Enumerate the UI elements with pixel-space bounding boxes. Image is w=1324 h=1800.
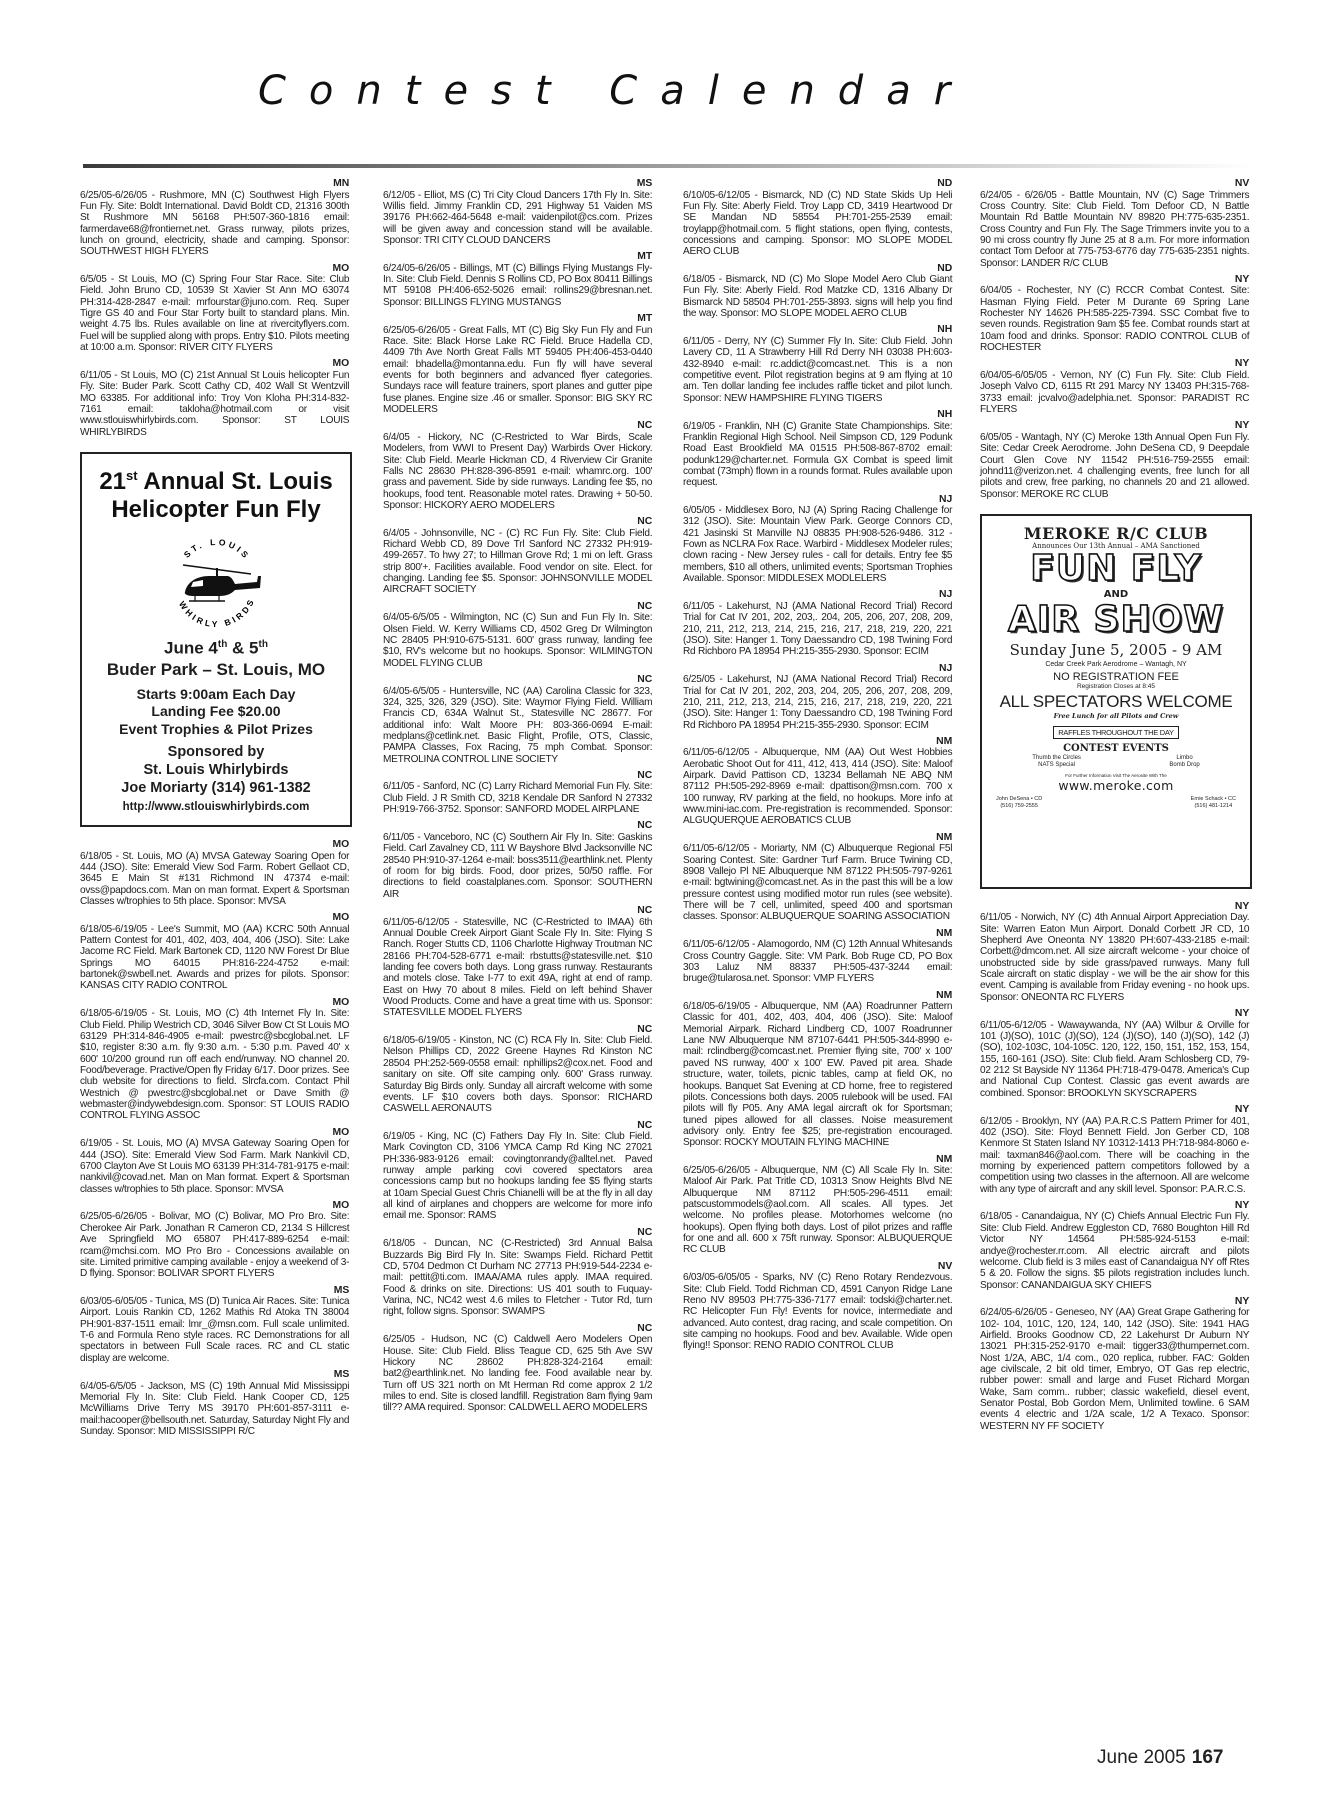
event-text: 6/18/05 - St. Louis, MO (A) MVSA Gateway… <box>80 851 349 908</box>
event-text: 6/18/05 - Bismarck, ND (C) Mo Slope Mode… <box>683 274 952 319</box>
title-rule <box>83 164 1253 168</box>
event-text: 6/25/05-6/26/05 - Bolivar, MO (C) Boliva… <box>80 1211 349 1279</box>
event-text: 6/11/05-6/12/05 - Moriarty, NM (C) Albuq… <box>683 843 952 922</box>
event-entry: NH6/19/05 - Franklin, NH (C) Granite Sta… <box>683 409 952 489</box>
event-text: 6/18/05-6/19/05 - Kinston, NC (C) RCA Fl… <box>383 1035 652 1114</box>
event-entry: NY6/04/05 - Rochester, NY (C) RCCR Comba… <box>980 274 1249 354</box>
ad-url-link[interactable]: http://www.stlouiswhirlybirds.com <box>88 801 344 813</box>
event-entry: MT6/25/05-6/26/05 - Great Falls, MT (C) … <box>383 313 652 415</box>
event-entry: NV6/03/05-6/05/05 - Sparks, NV (C) Reno … <box>683 1261 952 1352</box>
event-entry: NY6/05/05 - Wantagh, NY (C) Meroke 13th … <box>980 420 1249 500</box>
event-text: 6/4/05-6/5/05 - Jackson, MS (C) 19th Ann… <box>80 1381 349 1438</box>
stlouis-helicopter-ad: 21st Annual St. Louis Helicopter Fun Fly… <box>80 452 352 827</box>
event-text: 6/03/05-6/05/05 - Sparks, NV (C) Reno Ro… <box>683 1272 952 1351</box>
state-code: NC <box>383 820 652 832</box>
event-entry: NC6/18/05-6/19/05 - Kinston, NC (C) RCA … <box>383 1024 652 1115</box>
state-code: NJ <box>683 663 952 675</box>
event-entry: NH6/11/05 - Derry, NY (C) Summer Fly In.… <box>683 324 952 404</box>
state-code: NY <box>980 1104 1249 1116</box>
column-4-entries: NV6/24/05 - 6/26/05 - Battle Mountain, N… <box>980 178 1252 500</box>
state-code: NM <box>683 990 952 1002</box>
event-entry: MO6/5/05 - St Louis, MO (C) Spring Four … <box>80 263 349 354</box>
event-text: 6/05/05 - Middlesex Boro, NJ (A) Spring … <box>683 505 952 584</box>
page-title: Contest Calendar <box>258 68 1098 114</box>
event-text: 6/11/05 - Sanford, NC (C) Larry Richard … <box>383 781 652 815</box>
event-entry: NV6/24/05 - 6/26/05 - Battle Mountain, N… <box>980 178 1249 269</box>
state-code: MT <box>383 251 652 263</box>
state-code: NC <box>383 1120 652 1132</box>
event-text: 6/25/05 - Lakehurst, NJ (AMA National Re… <box>683 674 952 731</box>
state-code: MN <box>80 178 349 190</box>
state-code: NY <box>980 358 1249 370</box>
svg-text:ST. LOUIS: ST. LOUIS <box>182 537 252 562</box>
event-entry: NM6/18/05-6/19/05 - Albuquerque, NM (AA)… <box>683 990 952 1149</box>
event-entry: NC6/25/05 - Hudson, NC (C) Caldwell Aero… <box>383 1323 652 1414</box>
state-code: NY <box>980 901 1249 913</box>
event-entry: MO6/25/05-6/26/05 - Bolivar, MO (C) Boli… <box>80 1200 349 1280</box>
ad-date: June 4th & 5th <box>88 634 344 659</box>
ad-airshow-title: AIR SHOW <box>988 601 1244 639</box>
state-code: ND <box>683 263 952 275</box>
event-text: 6/4/05 - Hickory, NC (C-Restricted to Wa… <box>383 432 652 511</box>
state-code: NY <box>980 274 1249 286</box>
ad-website-link[interactable]: www.meroke.com <box>988 778 1244 793</box>
event-text: 6/11/05 - Derry, NY (C) Summer Fly In. S… <box>683 336 952 404</box>
event-text: 6/11/05 - Lakehurst, NJ (AMA National Re… <box>683 601 952 658</box>
state-code: NC <box>383 770 652 782</box>
event-entry: NC6/11/05 - Sanford, NC (C) Larry Richar… <box>383 770 652 816</box>
event-text: 6/19/05 - King, NC (C) Fathers Day Fly I… <box>383 1131 652 1222</box>
event-entry: NC6/4/05-6/5/05 - Huntersville, NC (AA) … <box>383 674 652 765</box>
state-code: NC <box>383 905 652 917</box>
event-text: 6/11/05 - Norwich, NY (C) 4th Annual Air… <box>980 912 1249 1003</box>
event-entry: MS6/03/05-6/05/05 - Tunica, MS (D) Tunic… <box>80 1285 349 1365</box>
event-entry: MS6/12/05 - Elliot, MS (C) Tri City Clou… <box>383 178 652 246</box>
state-code: MO <box>80 263 349 275</box>
ad-details: Starts 9:00am Each Day Landing Fee $20.0… <box>88 686 344 739</box>
state-code: NH <box>683 409 952 421</box>
state-code: MS <box>80 1369 349 1381</box>
column-3-entries: ND6/10/05-6/12/05 - Bismarck, ND (C) ND … <box>683 178 955 1352</box>
event-text: 6/5/05 - St Louis, MO (C) Spring Four St… <box>80 274 349 353</box>
event-entry: ND6/10/05-6/12/05 - Bismarck, ND (C) ND … <box>683 178 952 258</box>
state-code: MT <box>383 313 652 325</box>
event-text: 6/18/05-6/19/05 - Lee's Summit, MO (AA) … <box>80 924 349 992</box>
state-code: NM <box>683 736 952 748</box>
state-code: NC <box>383 420 652 432</box>
state-code: MS <box>80 1285 349 1297</box>
ad-funfly-title: FUN FLY <box>988 550 1244 588</box>
event-text: 6/24/05-6/26/05 - Billings, MT (C) Billi… <box>383 263 652 308</box>
event-entry: NY6/04/05-6/05/05 - Vernon, NY (C) Fun F… <box>980 358 1249 415</box>
event-text: 6/19/05 - Franklin, NH (C) Granite State… <box>683 421 952 489</box>
column-3: ND6/10/05-6/12/05 - Bismarck, ND (C) ND … <box>683 178 955 1357</box>
column-1-entries-continued: MO6/18/05 - St. Louis, MO (A) MVSA Gatew… <box>80 839 352 1437</box>
event-entry: NC6/4/05-6/5/05 - Wilmington, NC (C) Sun… <box>383 601 652 669</box>
event-entry: MS6/4/05-6/5/05 - Jackson, MS (C) 19th A… <box>80 1369 349 1437</box>
event-entry: NC6/4/05 - Johnsonville, NC - (C) RC Fun… <box>383 516 652 596</box>
state-code: NH <box>683 324 952 336</box>
ad-contacts: John DeSena • CD(516) 759-2555 Ernie Sch… <box>996 796 1236 810</box>
state-code: MO <box>80 1200 349 1212</box>
ad-headline-2: Helicopter Fun Fly <box>88 496 344 524</box>
event-entry: NY6/11/05 - Norwich, NY (C) 4th Annual A… <box>980 901 1249 1003</box>
column-2-entries: MS6/12/05 - Elliot, MS (C) Tri City Clou… <box>383 178 655 1414</box>
state-code: NC <box>383 1024 652 1036</box>
event-entry: NJ6/11/05 - Lakehurst, NJ (AMA National … <box>683 589 952 657</box>
event-entry: NC6/11/05-6/12/05 - Statesville, NC (C-R… <box>383 905 652 1019</box>
page-number: 167 <box>1192 1747 1224 1768</box>
state-code: MO <box>80 912 349 924</box>
column-4: NV6/24/05 - 6/26/05 - Battle Mountain, N… <box>980 178 1252 1437</box>
event-entry: MO6/18/05 - St. Louis, MO (A) MVSA Gatew… <box>80 839 349 907</box>
state-code: NC <box>383 601 652 613</box>
ad-welcome: ALL SPECTATORS WELCOME <box>988 692 1244 712</box>
ad-location: Cedar Creek Park Aerodrome – Wantagh, NY <box>988 661 1244 668</box>
state-code: NV <box>683 1261 952 1273</box>
event-text: 6/11/05 - Vanceboro, NC (C) Southern Air… <box>383 832 652 900</box>
page-footer: June 2005167 <box>1097 1747 1223 1769</box>
event-entry: NM6/25/05-6/26/05 - Albuquerque, NM (C) … <box>683 1154 952 1256</box>
event-text: 6/25/05 - Hudson, NC (C) Caldwell Aero M… <box>383 1334 652 1413</box>
state-code: NC <box>383 1323 652 1335</box>
event-entry: NM6/11/05-6/12/05 - Alamogordo, NM (C) 1… <box>683 928 952 985</box>
event-entry: NM6/11/05-6/12/05 - Moriarty, NM (C) Alb… <box>683 832 952 923</box>
event-text: 6/04/05 - Rochester, NY (C) RCCR Combat … <box>980 285 1249 353</box>
ad-events-list: Thumb the CirclesNATS Special LimboBomb … <box>988 755 1244 769</box>
ad-lunch: Free Lunch for all Pilots and Crew <box>988 712 1244 720</box>
event-text: 6/25/05-6/26/05 - Great Falls, MT (C) Bi… <box>383 325 652 416</box>
column-1-entries: MN6/25/05-6/26/05 - Rushmore, MN (C) Sou… <box>80 178 352 438</box>
state-code: NY <box>980 1296 1249 1308</box>
state-code: NJ <box>683 589 952 601</box>
whirlybirds-helicopter-logo-icon: ST. LOUIS WHIRLY BIRDS <box>161 530 271 630</box>
state-code: MO <box>80 839 349 851</box>
event-entry: MN6/25/05-6/26/05 - Rushmore, MN (C) Sou… <box>80 178 349 258</box>
ad-location: Buder Park – St. Louis, MO <box>88 659 344 680</box>
state-code: MO <box>80 1127 349 1139</box>
state-code: MO <box>80 997 349 1009</box>
event-text: 6/19/05 - St. Louis, MO (A) MVSA Gateway… <box>80 1138 349 1195</box>
event-entry: NC6/19/05 - King, NC (C) Fathers Day Fly… <box>383 1120 652 1222</box>
event-entry: NC6/4/05 - Hickory, NC (C-Restricted to … <box>383 420 652 511</box>
column-4-entries-continued: NY6/11/05 - Norwich, NY (C) 4th Annual A… <box>980 901 1252 1432</box>
event-text: 6/04/05-6/05/05 - Vernon, NY (C) Fun Fly… <box>980 370 1249 415</box>
state-code: NY <box>980 420 1249 432</box>
ad-sponsor: Sponsored by St. Louis Whirlybirds Joe M… <box>88 743 344 797</box>
ad-fee: NO REGISTRATION FEE <box>988 671 1244 683</box>
state-code: MS <box>383 178 652 190</box>
ad-headline-1: 21st Annual St. Louis <box>88 462 344 496</box>
event-entry: MO6/11/05 - St Louis, MO (C) 21st Annual… <box>80 358 349 438</box>
event-entry: NY6/11/05-6/12/05 - Wawaywanda, NY (AA) … <box>980 1008 1249 1099</box>
event-text: 6/10/05-6/12/05 - Bismarck, ND (C) ND St… <box>683 190 952 258</box>
meroke-funfly-ad: MEROKE R/C CLUB Announces Our 13th Annua… <box>980 514 1252 889</box>
state-code: NC <box>383 1227 652 1239</box>
event-text: 6/11/05-6/12/05 - Albuquerque, NM (AA) O… <box>683 747 952 826</box>
state-code: NC <box>383 674 652 686</box>
ad-events-title: CONTEST EVENTS <box>988 743 1244 754</box>
event-text: 6/11/05 - St Louis, MO (C) 21st Annual S… <box>80 370 349 438</box>
event-text: 6/12/05 - Brooklyn, NY (AA) P.A.R.C.S Pa… <box>980 1116 1249 1195</box>
state-code: NY <box>980 1008 1249 1020</box>
event-entry: NJ6/05/05 - Middlesex Boro, NJ (A) Sprin… <box>683 494 952 585</box>
state-code: NV <box>980 178 1249 190</box>
event-entry: MO6/19/05 - St. Louis, MO (A) MVSA Gatew… <box>80 1127 349 1195</box>
event-text: 6/11/05-6/12/05 - Statesville, NC (C-Res… <box>383 917 652 1019</box>
ad-club-name: MEROKE R/C CLUB <box>988 524 1244 543</box>
event-text: 6/24/05-6/26/05 - Geneseo, NY (AA) Great… <box>980 1307 1249 1432</box>
event-entry: NC6/18/05 - Duncan, NC (C-Restricted) 3r… <box>383 1227 652 1318</box>
event-text: 6/4/05-6/5/05 - Wilmington, NC (C) Sun a… <box>383 612 652 669</box>
event-text: 6/05/05 - Wantagh, NY (C) Meroke 13th An… <box>980 432 1249 500</box>
state-code: NM <box>683 832 952 844</box>
event-text: 6/18/05-6/19/05 - Albuquerque, NM (AA) R… <box>683 1001 952 1148</box>
ad-date: Sunday June 5, 2005 - 9 AM <box>988 641 1244 659</box>
state-code: NM <box>683 1154 952 1166</box>
ad-registration-close: Registration Closes at 8:45 <box>988 683 1244 690</box>
state-code: ND <box>683 178 952 190</box>
event-text: 6/18/05 - Duncan, NC (C-Restricted) 3rd … <box>383 1238 652 1317</box>
event-entry: MO6/18/05-6/19/05 - St. Louis, MO (C) 4t… <box>80 997 349 1122</box>
event-text: 6/03/05-6/05/05 - Tunica, MS (D) Tunica … <box>80 1296 349 1364</box>
event-text: 6/4/05 - Johnsonville, NC - (C) RC Fun F… <box>383 528 652 596</box>
column-2: MS6/12/05 - Elliot, MS (C) Tri City Clou… <box>383 178 655 1419</box>
state-code: NJ <box>683 494 952 506</box>
event-text: 6/18/05-6/19/05 - St. Louis, MO (C) 4th … <box>80 1008 349 1121</box>
ad-raffle-box: RAFFLES THROUGHOUT THE DAY <box>1053 726 1178 739</box>
event-entry: ND6/18/05 - Bismarck, ND (C) Mo Slope Mo… <box>683 263 952 320</box>
event-text: 6/18/05 - Canandaigua, NY (C) Chiefs Ann… <box>980 1211 1249 1290</box>
event-entry: NY6/24/05-6/26/05 - Geneseo, NY (AA) Gre… <box>980 1296 1249 1432</box>
state-code: MO <box>80 358 349 370</box>
event-entry: NJ6/25/05 - Lakehurst, NJ (AMA National … <box>683 663 952 731</box>
event-entry: NM6/11/05-6/12/05 - Albuquerque, NM (AA)… <box>683 736 952 827</box>
event-text: 6/25/05-6/26/05 - Rushmore, MN (C) South… <box>80 190 349 258</box>
state-code: NC <box>383 516 652 528</box>
event-text: 6/11/05-6/12/05 - Wawaywanda, NY (AA) Wi… <box>980 1020 1249 1099</box>
event-entry: MO6/18/05-6/19/05 - Lee's Summit, MO (AA… <box>80 912 349 992</box>
state-code: NM <box>683 928 952 940</box>
event-text: 6/24/05 - 6/26/05 - Battle Mountain, NV … <box>980 190 1249 269</box>
event-entry: NY6/18/05 - Canandaigua, NY (C) Chiefs A… <box>980 1200 1249 1291</box>
event-entry: NY6/12/05 - Brooklyn, NY (AA) P.A.R.C.S … <box>980 1104 1249 1195</box>
event-entry: MT6/24/05-6/26/05 - Billings, MT (C) Bil… <box>383 251 652 308</box>
state-code: NY <box>980 1200 1249 1212</box>
event-text: 6/4/05-6/5/05 - Huntersville, NC (AA) Ca… <box>383 686 652 765</box>
event-entry: NC6/11/05 - Vanceboro, NC (C) Southern A… <box>383 820 652 900</box>
issue-date: June 2005 <box>1097 1747 1186 1768</box>
event-text: 6/12/05 - Elliot, MS (C) Tri City Cloud … <box>383 190 652 247</box>
event-text: 6/25/05-6/26/05 - Albuquerque, NM (C) Al… <box>683 1165 952 1256</box>
event-text: 6/11/05-6/12/05 - Alamogordo, NM (C) 12t… <box>683 939 952 984</box>
column-1: MN6/25/05-6/26/05 - Rushmore, MN (C) Sou… <box>80 178 352 1442</box>
